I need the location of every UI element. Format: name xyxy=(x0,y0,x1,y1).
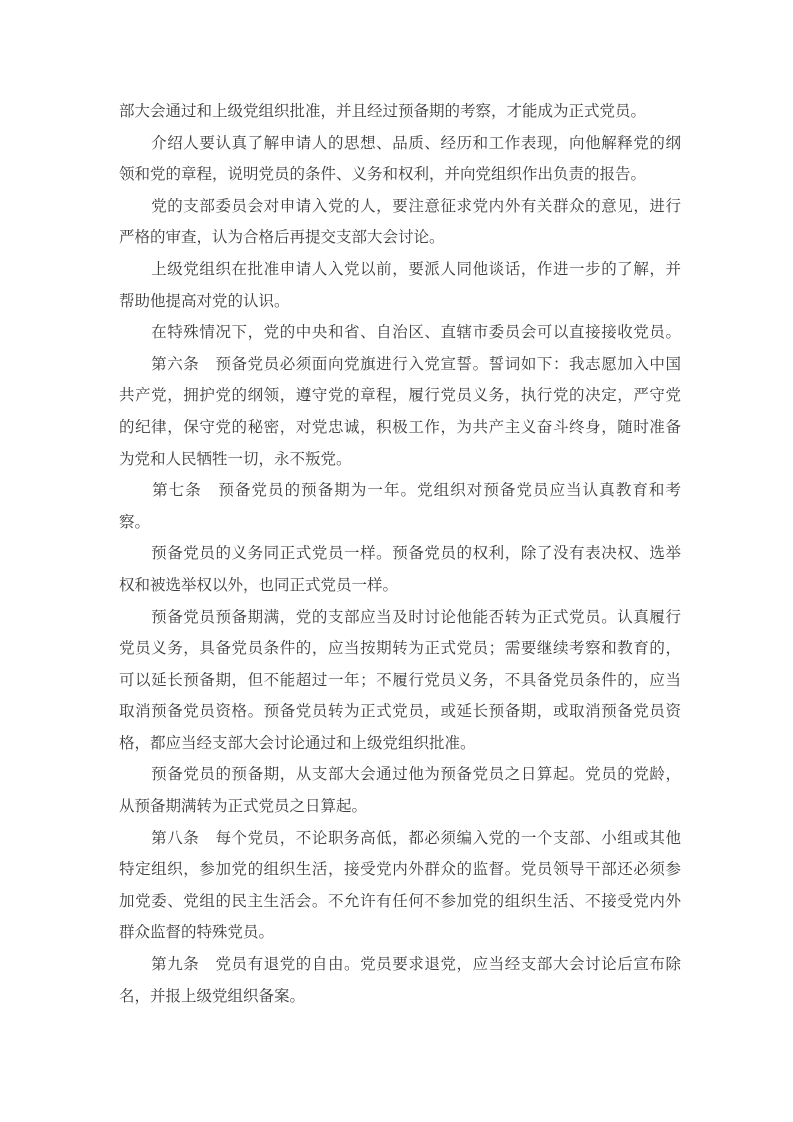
text-line: 的纪律，保守党的秘密，对党忠诚，积极工作，为共产主义奋斗终身，随时准备 xyxy=(119,412,681,444)
text-line: 第九条 党员有退党的自由。党员要求退党，应当经支部大会讨论后宣布除 xyxy=(119,949,681,981)
text-line: 可以延长预备期，但不能超过一年；不履行党员义务，不具备党员条件的，应当 xyxy=(119,665,681,697)
paragraph: 在特殊情况下，党的中央和省、自治区、直辖市委员会可以直接接收党员。 xyxy=(119,317,681,349)
paragraph: 党的支部委员会对申请入党的人，要注意征求党内外有关群众的意见，进行严格的审查，认… xyxy=(119,191,681,254)
text-line: 党员义务，具备党员条件的，应当按期转为正式党员；需要继续考察和教育的， xyxy=(119,633,681,665)
text-line: 部大会通过和上级党组织批准，并且经过预备期的考察，才能成为正式党员。 xyxy=(119,96,681,128)
text-line: 权和被选举权以外，也同正式党员一样。 xyxy=(119,570,681,602)
text-line: 上级党组织在批准申请人入党以前，要派人同他谈话，作进一步的了解，并 xyxy=(119,254,681,286)
text-line: 帮助他提高对党的认识。 xyxy=(119,286,681,318)
text-line: 格，都应当经支部大会讨论通过和上级党组织批准。 xyxy=(119,728,681,760)
text-line: 第六条 预备党员必须面向党旗进行入党宣誓。誓词如下：我志愿加入中国 xyxy=(119,349,681,381)
paragraph: 预备党员的义务同正式党员一样。预备党员的权利，除了没有表决权、选举权和被选举权以… xyxy=(119,538,681,601)
text-line: 严格的审查，认为合格后再提交支部大会讨论。 xyxy=(119,222,681,254)
paragraph: 上级党组织在批准申请人入党以前，要派人同他谈话，作进一步的了解，并帮助他提高对党… xyxy=(119,254,681,317)
text-line: 察。 xyxy=(119,507,681,539)
document-page: 部大会通过和上级党组织批准，并且经过预备期的考察，才能成为正式党员。 介绍人要认… xyxy=(0,0,793,1122)
text-line: 取消预备党员资格。预备党员转为正式党员，或延长预备期，或取消预备党员资 xyxy=(119,696,681,728)
paragraph: 第六条 预备党员必须面向党旗进行入党宣誓。誓词如下：我志愿加入中国共产党，拥护党… xyxy=(119,349,681,475)
paragraph: 部大会通过和上级党组织批准，并且经过预备期的考察，才能成为正式党员。 xyxy=(119,96,681,128)
paragraph: 介绍人要认真了解申请人的思想、品质、经历和工作表现，向他解释党的纲领和党的章程，… xyxy=(119,128,681,191)
text-line: 领和党的章程，说明党员的条件、义务和权利，并向党组织作出负责的报告。 xyxy=(119,159,681,191)
text-line: 共产党，拥护党的纲领，遵守党的章程，履行党员义务，执行党的决定，严守党 xyxy=(119,380,681,412)
text-line: 预备党员的预备期，从支部大会通过他为预备党员之日算起。党员的党龄， xyxy=(119,759,681,791)
text-line: 特定组织，参加党的组织生活，接受党内外群众的监督。党员领导干部还必须参 xyxy=(119,854,681,886)
text-line: 预备党员的义务同正式党员一样。预备党员的权利，除了没有表决权、选举 xyxy=(119,538,681,570)
text-line: 第八条 每个党员，不论职务高低，都必须编入党的一个支部、小组或其他 xyxy=(119,823,681,855)
paragraph: 第七条 预备党员的预备期为一年。党组织对预备党员应当认真教育和考察。 xyxy=(119,475,681,538)
text-line: 名，并报上级党组织备案。 xyxy=(119,981,681,1013)
text-line: 党的支部委员会对申请入党的人，要注意征求党内外有关群众的意见，进行 xyxy=(119,191,681,223)
text-line: 从预备期满转为正式党员之日算起。 xyxy=(119,791,681,823)
text-line: 预备党员预备期满，党的支部应当及时讨论他能否转为正式党员。认真履行 xyxy=(119,602,681,634)
paragraph: 预备党员的预备期，从支部大会通过他为预备党员之日算起。党员的党龄，从预备期满转为… xyxy=(119,759,681,822)
text-line: 第七条 预备党员的预备期为一年。党组织对预备党员应当认真教育和考 xyxy=(119,475,681,507)
text-line: 群众监督的特殊党员。 xyxy=(119,917,681,949)
text-line: 为党和人民牺牲一切，永不叛党。 xyxy=(119,444,681,476)
document-text-block: 部大会通过和上级党组织批准，并且经过预备期的考察，才能成为正式党员。 介绍人要认… xyxy=(119,96,681,1012)
paragraph: 第八条 每个党员，不论职务高低，都必须编入党的一个支部、小组或其他特定组织，参加… xyxy=(119,823,681,949)
text-line: 介绍人要认真了解申请人的思想、品质、经历和工作表现，向他解释党的纲 xyxy=(119,128,681,160)
text-line: 加党委、党组的民主生活会。不允许有任何不参加党的组织生活、不接受党内外 xyxy=(119,886,681,918)
paragraph: 第九条 党员有退党的自由。党员要求退党，应当经支部大会讨论后宣布除名，并报上级党… xyxy=(119,949,681,1012)
paragraph: 预备党员预备期满，党的支部应当及时讨论他能否转为正式党员。认真履行党员义务，具备… xyxy=(119,602,681,760)
text-line: 在特殊情况下，党的中央和省、自治区、直辖市委员会可以直接接收党员。 xyxy=(119,317,681,349)
